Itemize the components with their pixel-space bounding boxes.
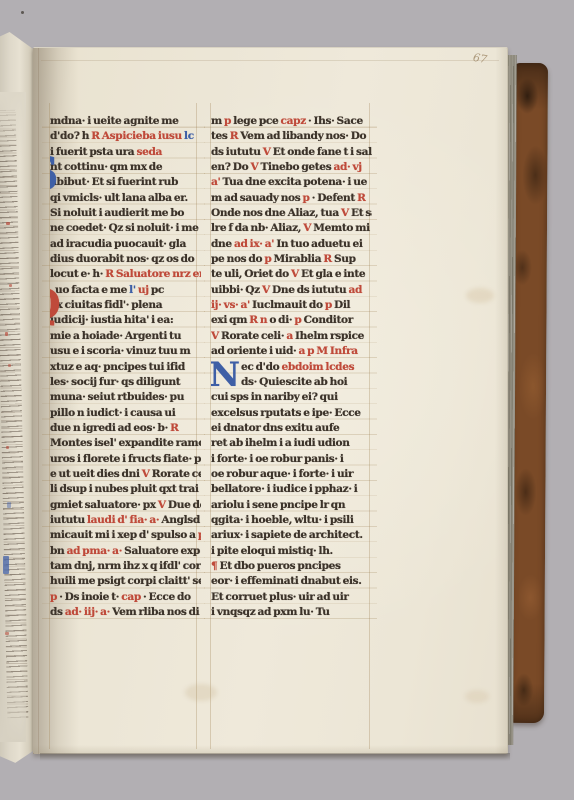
manuscript-text-line: ij· vs· a' Iuclmauit do p Dil <box>211 298 372 313</box>
manuscript-text-line: e ut ueit dies dni V Rorate ce <box>50 467 201 482</box>
manuscript-text-line: Et corruet plus· uir ad uir <box>211 590 372 605</box>
manuscript-text-line: nt cottinu· qm mx de <box>50 160 201 175</box>
manuscript-text-line: eor· i effeminati dnabut eis. <box>211 574 372 589</box>
manuscript-text-line: i fuerit psta ura seda <box>50 145 201 160</box>
dust-speck <box>21 11 24 14</box>
manuscript-text-line: tam dnj, nrm ihz x q ifdl' corp <box>50 559 201 574</box>
gutter-fold-line <box>38 48 39 754</box>
manuscript-text-line: uros i florete i fructs fiate· px <box>50 452 201 467</box>
manuscript-text-line: ariux· i sapiete de architect. <box>211 528 372 543</box>
manuscript-text-line: a' Tua dne excita potena· i ue <box>211 175 372 190</box>
manuscript-text-line: mie a hoiade· Argenti tu <box>50 329 201 344</box>
manuscript-text-line: bellatore· i iudice i pphaz· i <box>211 482 372 497</box>
manuscript-text-line: i pite eloqui mistiq· lh. <box>211 544 372 559</box>
manuscript-text-line: i vnqsqz ad pxm lu· Tu <box>211 605 372 620</box>
manuscript-text-line: Si noluit i audierit me bo <box>50 206 201 221</box>
manuscript-text-line: bn ad pma· a· Saluatore exp <box>50 544 201 559</box>
manuscript-text-line: d'do? h R Aspicieba iusu lc <box>50 129 201 144</box>
manuscript-text-line: xtuz e aq· pncipes tui ifid <box>50 360 201 375</box>
manuscript-text-line: tes R Vem ad libandy nos· Do <box>211 129 372 144</box>
manuscript-text-line: locut e· h· R Saluatore nrz er <box>50 267 201 282</box>
manuscript-text-line: uibbi· Qz V Dne ds iututu ad <box>211 283 372 298</box>
illuminated-initial-n: N <box>211 358 240 392</box>
manuscript-text-line: lre f da nb· Aliaz, V Memto mi <box>211 221 372 236</box>
illuminated-initial-s: S <box>50 152 59 198</box>
manuscript-text-line: excelsus rputats e ipe· Ecce <box>211 406 372 421</box>
manuscript-text-line: m ad sauady nos p · Defent R <box>211 191 372 206</box>
manuscript-text-line: ds iututu V Et onde fane t i sal <box>211 145 372 160</box>
illuminated-initial-q: Q <box>50 285 61 325</box>
manuscript-text-line: usu e i scoria· vinuz tuu m <box>50 344 201 359</box>
manuscript-text-line: mdna· i ueite agnite me <box>50 114 201 129</box>
manuscript-text-line: ad iracudia puocauit· gla <box>50 237 201 252</box>
manuscript-text-line: due n igredi ad eos· b· R <box>50 421 201 436</box>
page-cast-shadow <box>40 753 510 761</box>
manuscript-text-line: huili me psigt corpi claitt' se <box>50 574 201 589</box>
parchment-stain <box>466 288 494 303</box>
manuscript-text-line: pe nos do p Mirablia R Sup <box>211 252 372 267</box>
manuscript-text-line: les· socij fur· qs diligunt <box>50 375 201 390</box>
manuscript-text-line: p · Ds inoie t· cap · Ecce do <box>50 590 201 605</box>
page-right-shade <box>495 48 507 754</box>
manuscript-text-line: uo facta e me l' uj pc <box>50 283 201 298</box>
manuscript-text-line: ds ad· iij· a· Vem rliba nos di <box>50 605 201 620</box>
manuscript-text-line: Montes isel' expandite ramos <box>50 436 201 451</box>
manuscript-text-line: m p lege pce capz · Ihs· Sace <box>211 114 372 129</box>
manuscript-text-line: en? Do V Tinebo getes ad· vj <box>211 160 372 175</box>
right-text-column: N m p lege pce capz · Ihs· Sacetes R Vem… <box>211 114 372 623</box>
manuscript-text-line: qi vmicls· ult lana alba er. <box>50 191 201 206</box>
edge-fade <box>0 92 26 742</box>
manuscript-text-line: i forte· i oe robur panis· i <box>211 452 372 467</box>
manuscript-text-line: pillo n iudict· i causa ui <box>50 406 201 421</box>
manuscript-text-line: Onde nos dne Aliaz, tua V Et sa <box>211 206 372 221</box>
manuscript-text-line: iututu laudi d' fia· a· Anglsd <box>50 513 201 528</box>
manuscript-text-line: exi qm R n o di· p Conditor <box>211 313 372 328</box>
facing-page-edge <box>0 32 34 768</box>
manuscript-text-line: te uli, Oriet do V Et gla e inte <box>211 267 372 282</box>
manuscript-text-line: dne ad ix· a' In tuo aduetu ei <box>211 237 372 252</box>
manuscript-text-line: li dsup i nubes pluit qxt trai <box>50 482 201 497</box>
left-text-column: S Q mdna· i ueite agnite med'do? h R Asp… <box>50 114 201 623</box>
manuscript-text-line: ¶ Et dbo pueros pncipes <box>211 559 372 574</box>
manuscript-text-line: oe robur aque· i forte· i uir <box>211 467 372 482</box>
manuscript-text-line: muna· seiut rtbuides· pu <box>50 390 201 405</box>
manuscript-text-line: gmiet saluatore· px V Due de <box>50 498 201 513</box>
manuscript-text-line: ei dnator dns exitu aufe <box>211 421 372 436</box>
ruling-line-horizontal <box>41 60 499 61</box>
folio-number: 67 <box>472 51 488 66</box>
manuscript-text-line: tx ciuitas fidl'· plena <box>50 298 201 313</box>
manuscript-text-line: dius duorabit nos· qz os do <box>50 252 201 267</box>
manuscript-text-line: V Rorate celi· a Ihelm rspice <box>211 329 372 344</box>
manuscript-text-line: micauit mi i xep d' spulso a p <box>50 528 201 543</box>
manuscript-text-line: ariolu i sene pncipe lr qn <box>211 498 372 513</box>
manuscript-text-line: qgita· i hoeble, wltu· i psili <box>211 513 372 528</box>
manuscript-text-line: ret ab ihelm i a iudi udion <box>211 436 372 451</box>
manuscript-page: 67 S Q mdna· i ueite agnite med'do? h R … <box>33 47 508 754</box>
manuscript-text-line: iudicij· iustia hita' i ea: <box>50 313 201 328</box>
photo-background: 67 S Q mdna· i ueite agnite med'do? h R … <box>0 0 574 800</box>
manuscript-text-line: abibut· Et si fuerint rub <box>50 175 201 190</box>
parchment-stain <box>185 684 217 701</box>
parchment-stain <box>465 690 489 703</box>
manuscript-text-line: ne coedet· Qz si noluit· i me <box>50 221 201 236</box>
